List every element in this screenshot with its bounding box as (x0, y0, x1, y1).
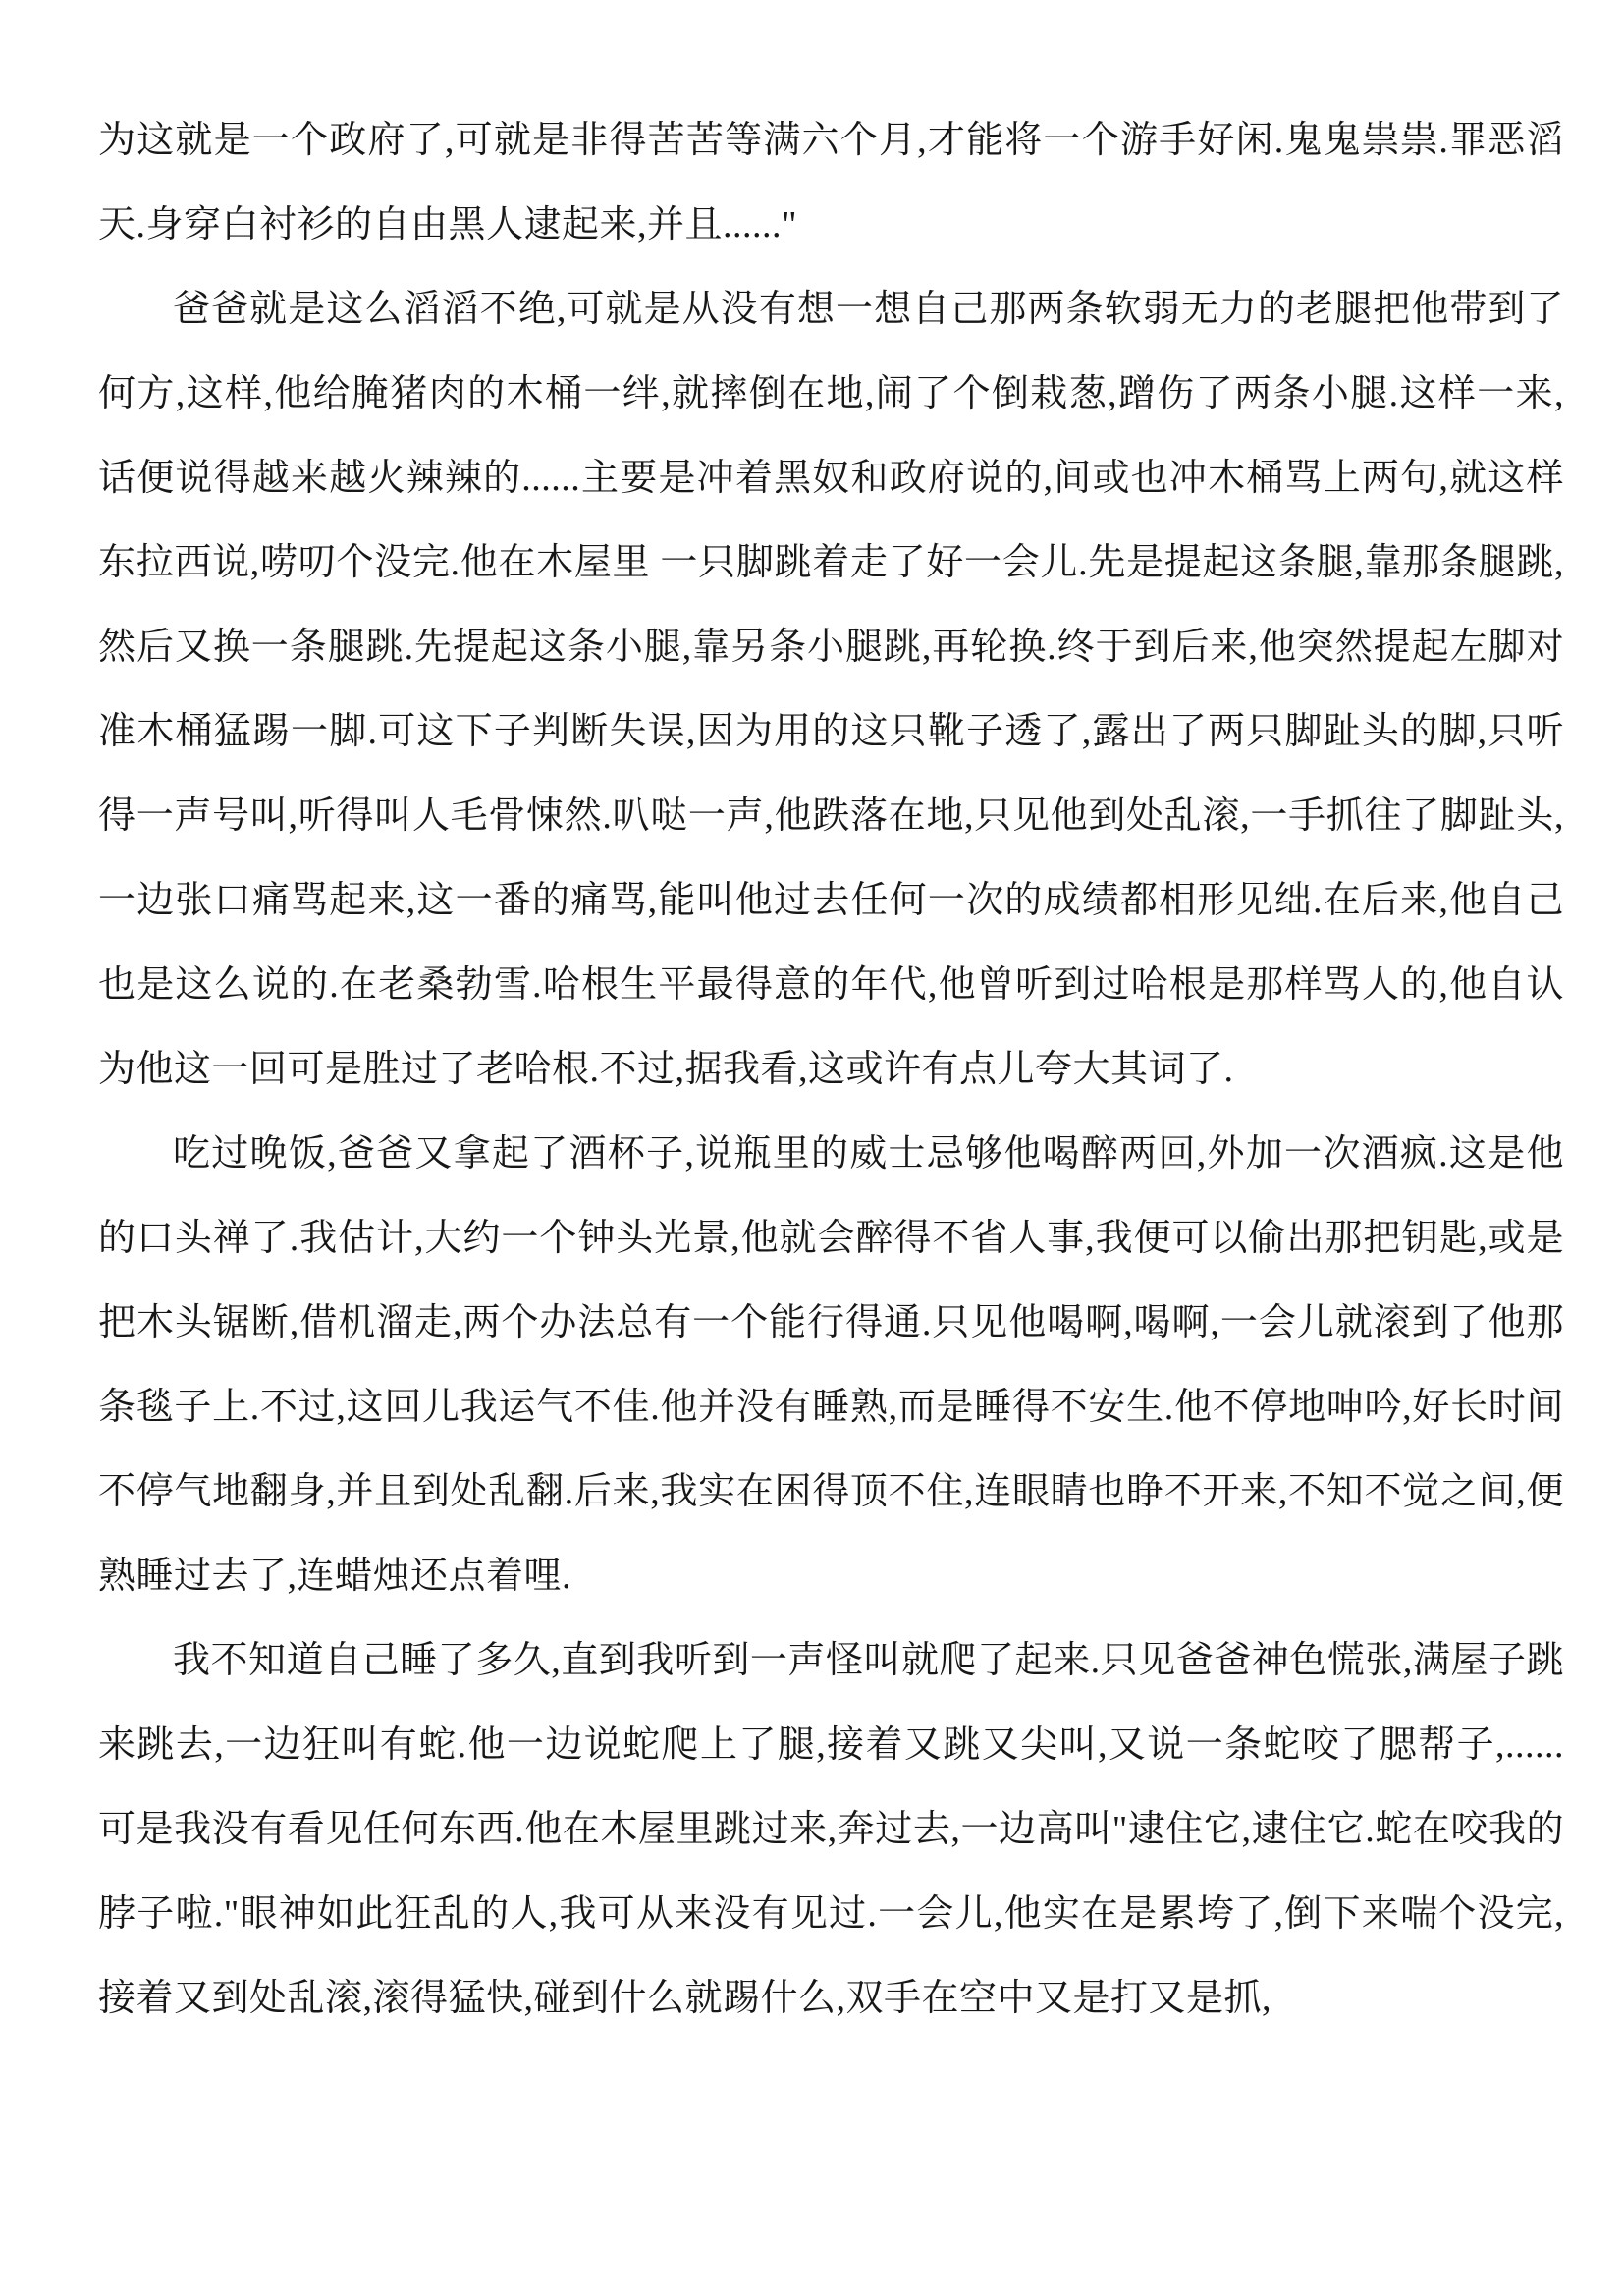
document-page: 为这就是一个政府了,可就是非得苦苦等满六个月,才能将一个游手好闲.鬼鬼祟祟.罪恶… (0, 0, 1623, 2296)
paragraph-snake-delirium: 我不知道自己睡了多久,直到我听到一声怪叫就爬了起来.只见爸爸神色慌张,满屋子跳来… (98, 1618, 1564, 2041)
paragraph-continuation: 为这就是一个政府了,可就是非得苦苦等满六个月,才能将一个游手好闲.鬼鬼祟祟.罪恶… (98, 98, 1564, 267)
paragraph-after-supper: 吃过晚饭,爸爸又拿起了酒杯子,说瓶里的威士忌够他喝醉两回,外加一次酒疯.这是他的… (98, 1112, 1564, 1618)
paragraph-pap-ranting: 爸爸就是这么滔滔不绝,可就是从没有想一想自己那两条软弱无力的老腿把他带到了何方,… (98, 267, 1564, 1112)
body-text: 为这就是一个政府了,可就是非得苦苦等满六个月,才能将一个游手好闲.鬼鬼祟祟.罪恶… (98, 98, 1564, 2041)
